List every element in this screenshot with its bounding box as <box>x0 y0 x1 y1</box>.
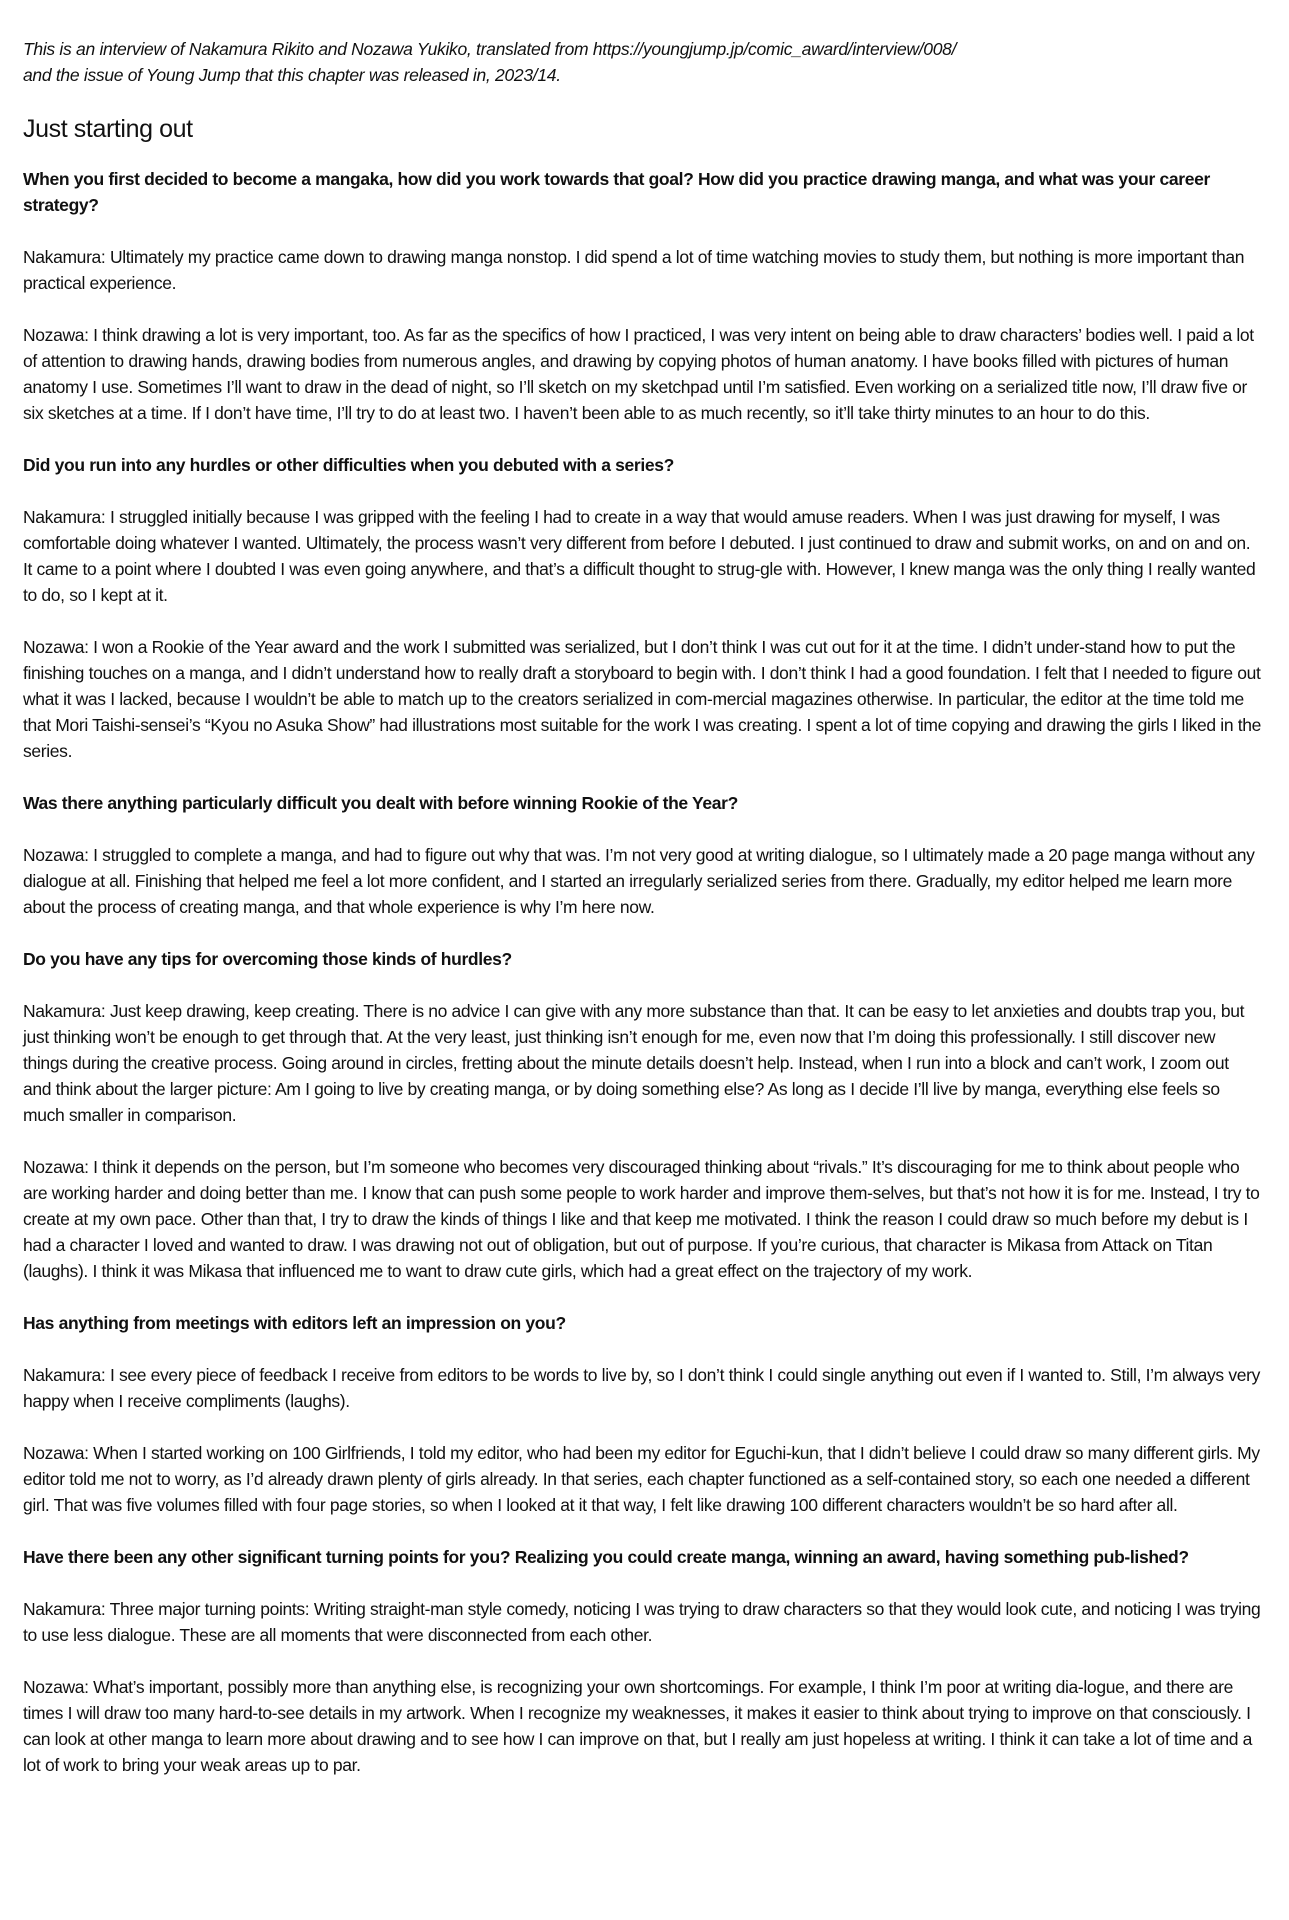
answer-nakamura: Nakamura: Just keep drawing, keep creati… <box>23 998 1261 1128</box>
question: Did you run into any hurdles or other di… <box>23 452 1261 478</box>
question: When you first decided to become a manga… <box>23 166 1261 218</box>
answer-nakamura: Nakamura: I struggled initially because … <box>23 504 1261 608</box>
answer-nozawa: Nozawa: I think it depends on the person… <box>23 1154 1261 1284</box>
answer-nakamura: Nakamura: Three major turning points: Wr… <box>23 1596 1261 1648</box>
interview-document: This is an interview of Nakamura Rikito … <box>0 0 1289 1844</box>
question: Was there anything particularly difficul… <box>23 790 1261 816</box>
question: Has anything from meetings with editors … <box>23 1310 1261 1336</box>
answer-nozawa: Nozawa: I struggled to complete a manga,… <box>23 842 1261 920</box>
question: Have there been any other significant tu… <box>23 1544 1261 1570</box>
answer-nozawa: Nozawa: When I started working on 100 Gi… <box>23 1440 1261 1518</box>
answer-nozawa: Nozawa: I think drawing a lot is very im… <box>23 322 1261 426</box>
answer-nozawa: Nozawa: I won a Rookie of the Year award… <box>23 634 1261 764</box>
answer-nakamura: Nakamura: I see every piece of feedback … <box>23 1362 1261 1414</box>
question: Do you have any tips for overcoming thos… <box>23 946 1261 972</box>
translation-note: This is an interview of Nakamura Rikito … <box>23 36 1261 88</box>
section-title: Just starting out <box>23 114 1261 144</box>
translation-note-line-1: This is an interview of Nakamura Rikito … <box>23 39 956 59</box>
answer-nozawa: Nozawa: What’s important, possibly more … <box>23 1674 1261 1778</box>
answer-nakamura: Nakamura: Ultimately my practice came do… <box>23 244 1261 296</box>
translation-note-line-2: and the issue of Young Jump that this ch… <box>23 65 561 85</box>
